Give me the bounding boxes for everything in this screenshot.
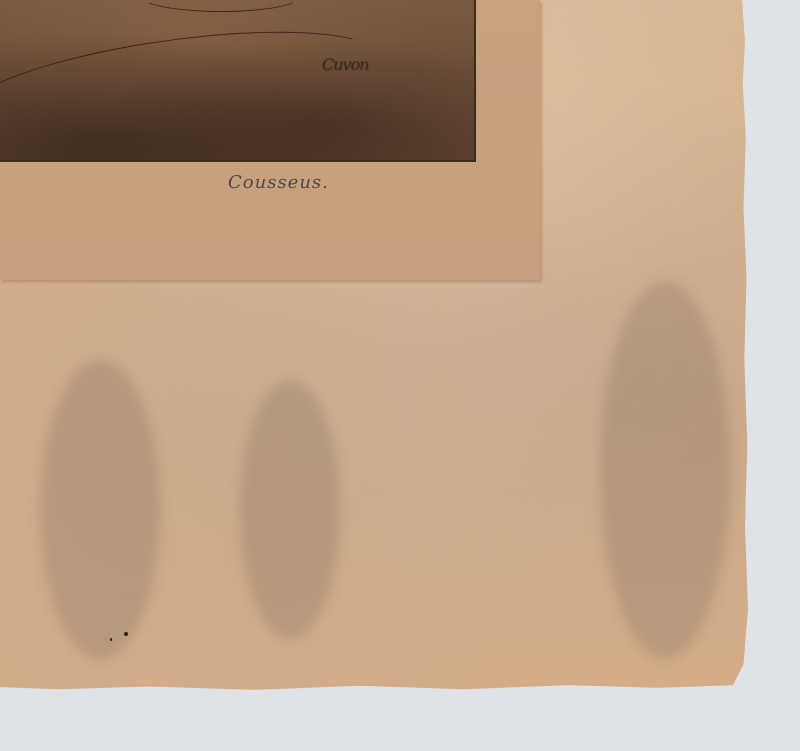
plate-signature: Cuvon (322, 55, 369, 74)
etched-image: Cuvon (0, 0, 476, 162)
foxing-stain (600, 280, 730, 660)
plate-mark: Cuvon Cousseus. (0, 0, 540, 280)
paper-sheet: Cuvon Cousseus. (0, 0, 748, 692)
foxing-stain (240, 380, 340, 640)
pencil-signature: Cousseus. (228, 172, 329, 193)
etched-stroke (0, 11, 386, 161)
foxing-stain (40, 360, 160, 660)
etched-stroke (140, 0, 302, 12)
ink-speck (124, 632, 128, 636)
ink-speck (110, 638, 112, 641)
